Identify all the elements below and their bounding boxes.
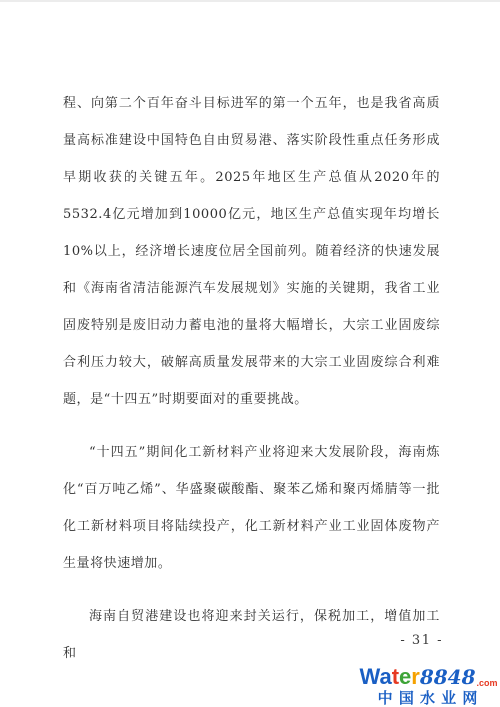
watermark-letter-t: t <box>392 664 399 689</box>
paragraph-3: 海南自贸港建设也将迎来封关运行，保税加工，增值加工和 <box>63 598 440 672</box>
paragraph-1: 程、向第二个百年奋斗目标进军的第一个五年，也是我省高质量高标准建设中国特色自由贸… <box>63 85 440 418</box>
paragraph-2: “十四五”期间化工新材料产业将迎来大发展阶段，海南炼化“百万吨乙烯”、华盛聚碳酸… <box>63 434 440 582</box>
watermark-letter-e: e <box>399 664 411 689</box>
watermark-letter-w: W <box>359 664 379 689</box>
watermark-chinese-name: 中 国 水 业 网 <box>359 691 497 706</box>
page-top-edge <box>0 0 500 2</box>
watermark-letter-r: r <box>411 664 420 689</box>
document-body-text: 程、向第二个百年奋斗目标进军的第一个五年，也是我省高质量高标准建设中国特色自由贸… <box>63 85 440 672</box>
watermark-dotcom: .com <box>477 678 498 688</box>
watermark-letter-a: a <box>379 664 391 689</box>
page-number: - 31 - <box>400 633 443 648</box>
water8848-watermark-logo: Water8848.com 中 国 水 业 网 <box>359 666 497 706</box>
watermark-brand-row: Water8848.com <box>359 666 497 688</box>
watermark-number: 8848 <box>420 665 476 689</box>
